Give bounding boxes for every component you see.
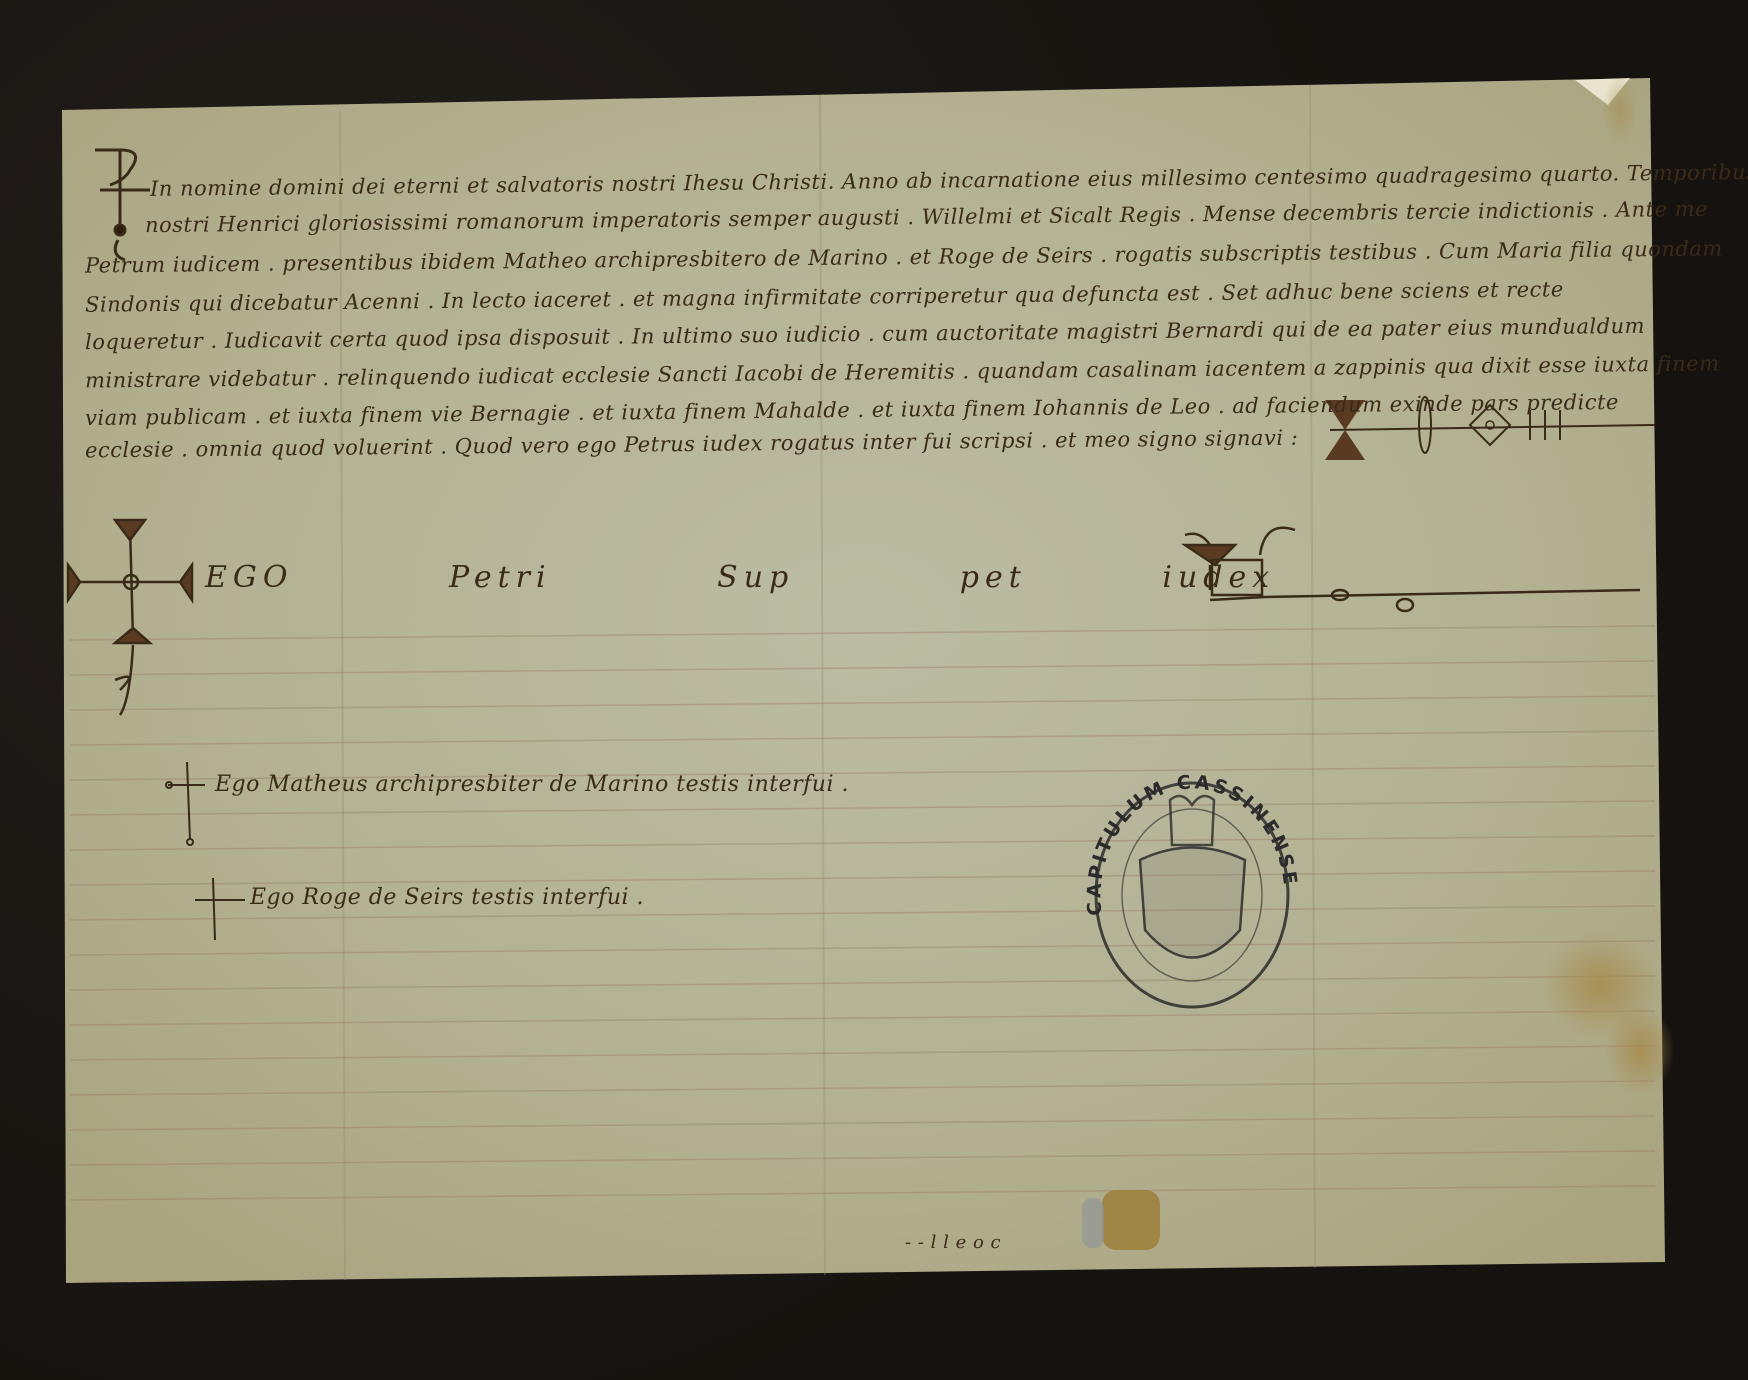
- signature-word-petri: Petri: [449, 560, 552, 595]
- bottom-annotation: - - l l e o c: [905, 1232, 1001, 1253]
- signature-word-pet: pet: [960, 560, 1027, 595]
- stain-bottom: [1102, 1190, 1160, 1250]
- witness-subscription-1: Ego Matheus archipresbiter de Marino tes…: [215, 772, 849, 797]
- witness-subscription-2: Ego Roge de Seirs testis interfui .: [250, 885, 644, 910]
- stain-bottom-grey: [1082, 1198, 1104, 1248]
- signature-word-iudex: iudex: [1162, 560, 1275, 595]
- signature-word-sup: Sup: [717, 560, 794, 595]
- signature-word-ego: EGO: [205, 560, 293, 595]
- stain-right-lower: [1605, 1005, 1675, 1095]
- stain-top-right: [1602, 75, 1638, 145]
- judge-signature: EGO Petri Sup pet iudex: [205, 560, 1275, 595]
